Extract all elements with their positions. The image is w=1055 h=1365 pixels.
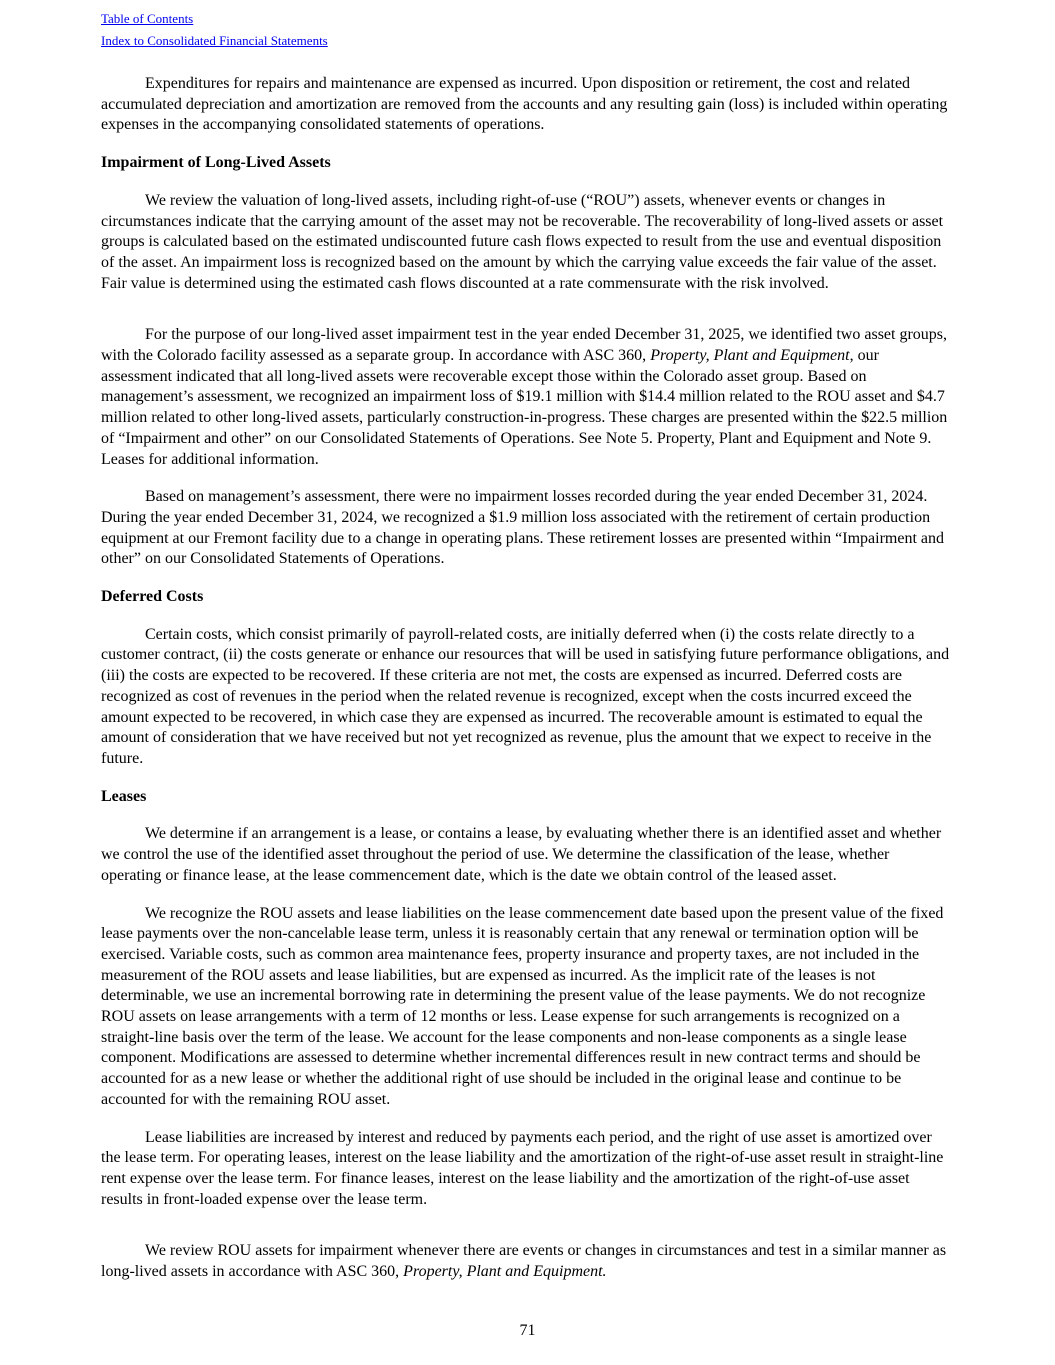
asc360-title: Property, Plant and Equipment <box>650 347 849 364</box>
leases-heading: Leases <box>101 787 953 808</box>
leases-paragraph-1: We determine if an arrangement is a leas… <box>101 824 953 886</box>
asc360-title-2: Property, Plant and Equipment. <box>403 1263 606 1280</box>
impairment-heading: Impairment of Long-Lived Assets <box>101 153 953 174</box>
deferred-costs-paragraph: Certain costs, which consist primarily o… <box>101 625 953 770</box>
document-body: Expenditures for repairs and maintenance… <box>101 74 953 1300</box>
table-of-contents-link[interactable]: Table of Contents <box>101 8 328 30</box>
page-number: 71 <box>0 1321 1055 1341</box>
impairment-paragraph-1: We review the valuation of long-lived as… <box>101 191 953 295</box>
impairment-paragraph-2: For the purpose of our long-lived asset … <box>101 325 953 470</box>
impairment-p2-text-b: , our assessment indicated that all long… <box>101 347 947 468</box>
deferred-costs-heading: Deferred Costs <box>101 587 953 608</box>
leases-paragraph-3: Lease liabilities are increased by inter… <box>101 1128 953 1211</box>
leases-paragraph-4: We review ROU assets for impairment when… <box>101 1241 953 1282</box>
impairment-paragraph-3: Based on management’s assessment, there … <box>101 487 953 570</box>
top-navigation: Table of Contents Index to Consolidated … <box>101 8 328 51</box>
index-to-financial-statements-link[interactable]: Index to Consolidated Financial Statemen… <box>101 30 328 52</box>
repairs-maintenance-paragraph: Expenditures for repairs and maintenance… <box>101 74 953 136</box>
leases-paragraph-2: We recognize the ROU assets and lease li… <box>101 904 953 1111</box>
